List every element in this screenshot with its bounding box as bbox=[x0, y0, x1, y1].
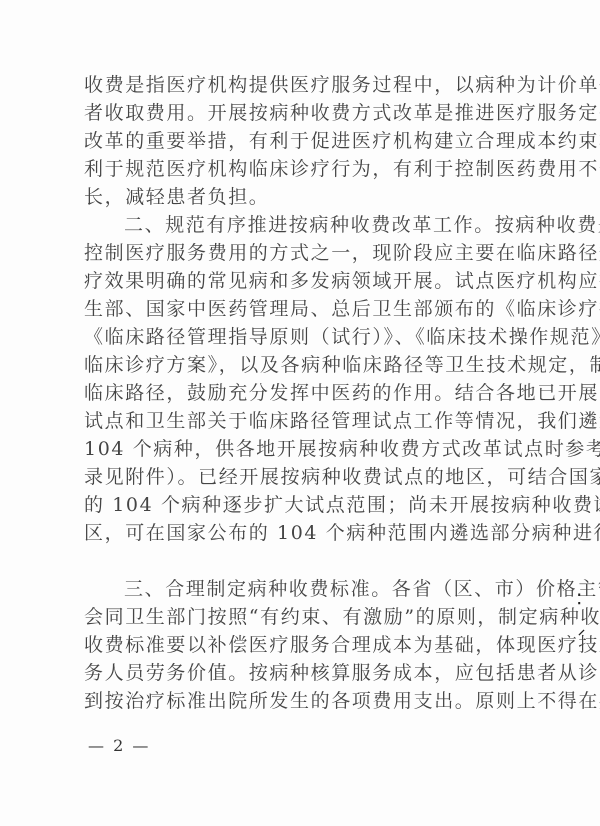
text-line: 录见附件）。已经开展按病种收费试点的地区，可结合国家公布 bbox=[84, 463, 524, 491]
text-line: 104 个病种，供各地开展按病种收费方式改革试点时参考（具体目 bbox=[84, 435, 524, 463]
text-line: 收费是指医疗机构提供医疗服务过程中，以病种为计价单位向患 bbox=[84, 71, 524, 99]
scan-speck: ⁚ bbox=[577, 592, 581, 608]
text-line: 控制医疗服务费用的方式之一，现阶段应主要在临床路径规范、治 bbox=[84, 239, 524, 267]
text-line: 《临床路径管理指导原则（试行）》、《临床技术操作规范》、《中医 bbox=[84, 323, 524, 351]
document-page: 收费是指医疗机构提供医疗服务过程中，以病种为计价单位向患 者收取费用。开展按病种… bbox=[0, 0, 600, 826]
text-line: 者收取费用。开展按病种收费方式改革是推进医疗服务定价机制 bbox=[84, 99, 524, 127]
text-line: 临床路径，鼓励充分发挥中医药的作用。结合各地已开展的病种 bbox=[84, 379, 524, 407]
text-line: 生部、国家中医药管理局、总后卫生部颁布的《临床诊疗指南》、 bbox=[84, 295, 524, 323]
text-line: 务人员劳务价值。按病种核算服务成本，应包括患者从诊断入院 bbox=[84, 659, 524, 687]
text-line: 疗效果明确的常见病和多发病领域开展。试点医疗机构应按照卫 bbox=[84, 267, 524, 295]
text-line: 试点和卫生部关于临床路径管理试点工作等情况，我们遴选了 bbox=[84, 407, 524, 435]
text-line: 收费标准要以补偿医疗服务合理成本为基础，体现医疗技术和医 bbox=[84, 631, 524, 659]
section-heading-line: 三、合理制定病种收费标准。各省（区、市）价格主管部门要 bbox=[124, 575, 524, 603]
page-number: — 2 — bbox=[88, 736, 150, 755]
text-line: 到按治疗标准出院所发生的各项费用支出。原则上不得在病种费 bbox=[84, 687, 524, 715]
text-line: 区，可在国家公布的 104 个病种范围内遴选部分病种进行试点。 bbox=[84, 519, 524, 547]
text-line: 的 104 个病种逐步扩大试点范围；尚未开展按病种收费试点的地 bbox=[84, 491, 524, 519]
text-line: 长，减轻患者负担。 bbox=[84, 183, 524, 211]
text-line: 会同卫生部门按照“有约束、有激励”的原则，制定病种收费标准。 bbox=[84, 603, 524, 631]
scan-speck: ⸝ bbox=[578, 620, 585, 639]
text-line: 利于规范医疗机构临床诊疗行为，有利于控制医药费用不合理增 bbox=[84, 155, 524, 183]
text-line: 临床诊疗方案》，以及各病种临床路径等卫生技术规定，制定具体 bbox=[84, 351, 524, 379]
text-line: 改革的重要举措，有利于促进医疗机构建立合理成本约束机制，有 bbox=[84, 127, 524, 155]
section-heading-line: 二、规范有序推进按病种收费改革工作。按病种收费是合理 bbox=[124, 211, 524, 239]
